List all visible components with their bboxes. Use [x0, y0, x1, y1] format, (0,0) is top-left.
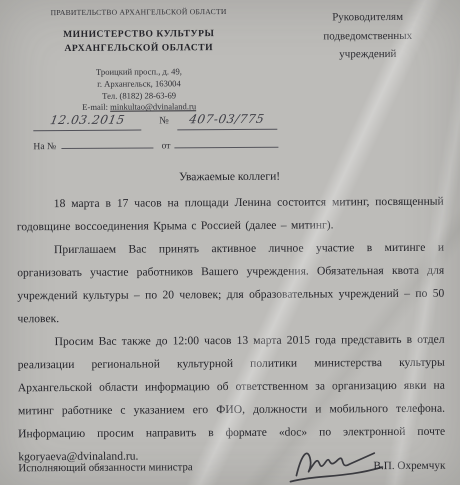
- ministry-name-line1: МИНИСТЕРСТВО КУЛЬТУРЫ: [13, 27, 265, 43]
- reply-reference-line: На № от: [33, 137, 278, 152]
- letter-body: 18 марта в 17 часов на площади Ленина со…: [17, 190, 446, 469]
- handwritten-date: 12.03.2015: [49, 113, 126, 127]
- addressee-block: Руководителям подведомственных учреждени…: [282, 8, 454, 65]
- paragraph-meeting-announcement: 18 марта в 17 часов на площади Ленина со…: [17, 190, 444, 239]
- addressee-line2: подведомственных: [282, 26, 454, 46]
- ministry-name-line2: АРХАНГЕЛЬСКОЙ ОБЛАСТИ: [13, 41, 265, 57]
- reply-date-blank: [174, 137, 278, 149]
- paragraph-participation-quota: Приглашаем Вас принять активное личное у…: [17, 236, 445, 331]
- salutation: Уважаемые коллеги!: [0, 169, 460, 185]
- letterhead-contacts: Троицкий просп., д. 49, г. Архангельск, …: [13, 66, 265, 115]
- government-name: ПРАВИТЕЛЬСТВО АРХАНГЕЛЬСКОЙ ОБЛАСТИ: [13, 7, 265, 18]
- reply-ot-label: от: [162, 140, 171, 151]
- signature-row: Исполняющий обязанности министра В.П. Ох…: [18, 457, 445, 485]
- signer-name: В.П. Охремчук: [373, 460, 445, 472]
- number-label: №: [159, 115, 169, 126]
- letterhead: ПРАВИТЕЛЬСТВО АРХАНГЕЛЬСКОЙ ОБЛАСТИ МИНИ…: [13, 7, 266, 115]
- handwritten-number: 407-03/775: [188, 112, 266, 126]
- letter-photo: ПРАВИТЕЛЬСТВО АРХАНГЕЛЬСКОЙ ОБЛАСТИ МИНИ…: [0, 0, 460, 485]
- reply-na-label: На №: [33, 141, 56, 152]
- registration-line: 12.03.2015 № 407-03/775: [33, 110, 277, 131]
- letter-content: ПРАВИТЕЛЬСТВО АРХАНГЕЛЬСКОЙ ОБЛАСТИ МИНИ…: [0, 0, 460, 485]
- addressee-line1: Руководителям: [282, 8, 454, 28]
- addressee-line3: учреждений: [282, 45, 454, 65]
- signer-position: Исполняющий обязанности министра: [18, 461, 192, 474]
- reply-number-blank: [61, 137, 153, 149]
- signature-scrawl-icon: [286, 441, 386, 485]
